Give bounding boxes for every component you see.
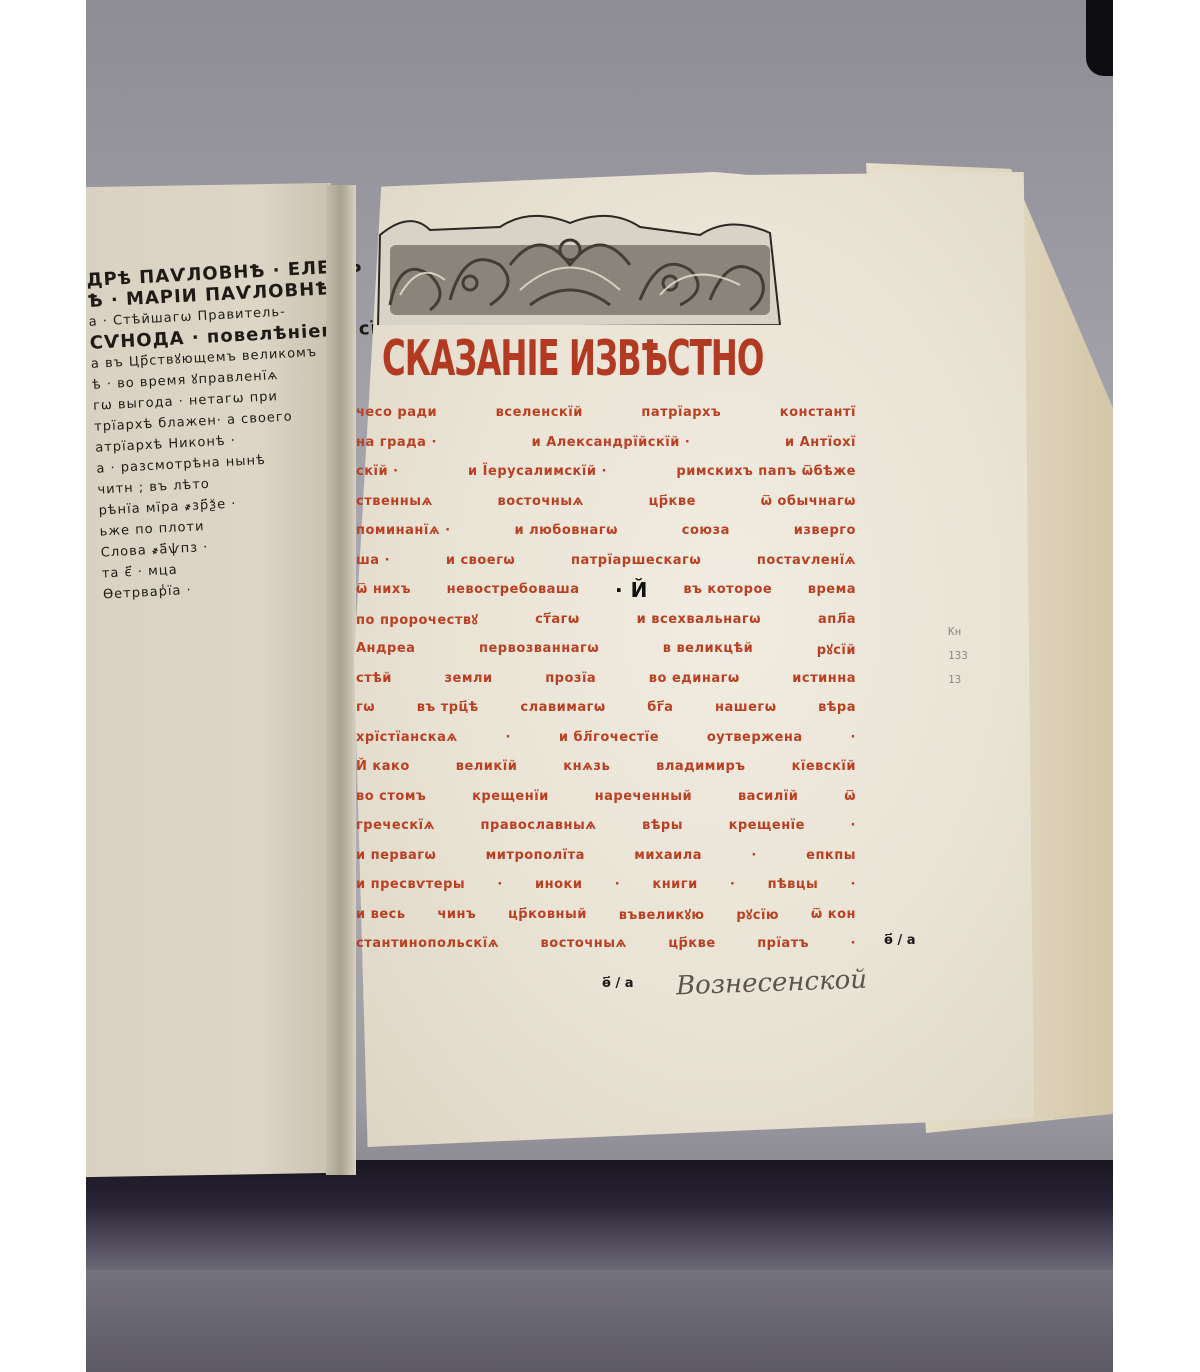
text-line: и первагѡмитрополїтамихаила·епкпы xyxy=(356,841,856,871)
book-gutter xyxy=(326,185,356,1175)
text-line: поминанїѧ ·и любовнагѡсоюзаизверго xyxy=(356,516,856,546)
page-title: СКАЗАНІЕ ИЗВѢСТНО xyxy=(382,332,782,387)
text-line: стѣйземлипрозїаво единагѡистинна xyxy=(356,664,856,694)
ornamental-headpiece-icon xyxy=(370,205,790,325)
red-body-text: чесо радивселенскїйпатрїархъконстантї на… xyxy=(356,398,856,959)
text-line: во стомъкрещенїинареченныйвасилїйѿ xyxy=(356,782,856,812)
book-binding xyxy=(86,1160,1113,1270)
faded-stamp: Кн 133 13 xyxy=(948,620,968,692)
text-line: греческїѧправославныѧвѣрыкрещенїе· xyxy=(356,811,856,841)
text-line: чесо радивселенскїйпатрїархъконстантї xyxy=(356,398,856,428)
text-line: на града ·и Александрїйскїй ·и Антїохї xyxy=(356,428,856,458)
text-line: по пророчествꙋст҃агѡи всехвальнагѡапл҃а xyxy=(356,605,856,635)
text-line: ственныѧвосточныѧцр҃квеѿ обычнагѡ xyxy=(356,487,856,517)
page-signature-mark: ѳ҃ / а xyxy=(884,935,916,947)
text-line: Й каковеликїйкнѧзьвладимиръкїевскїй xyxy=(356,752,856,782)
text-line: скїй ·и Їерусалимскїй ·римскихъ папъ ѿбѣ… xyxy=(356,457,856,487)
text-line: гѡвъ трц҃ѣславимагѡбг҃анашегѡвѣра xyxy=(356,693,856,723)
dark-object-corner xyxy=(1086,0,1113,76)
text-line: Андреапервозваннагѡв великцѣйрꙋсїй xyxy=(356,634,856,664)
text-line: и весьчинъцр҃ковныйвъвеликꙋюрꙋсїюѿ кон xyxy=(356,900,856,930)
text-line: ша ·и своегѡпатрїаршескагѡпостаѵленїѧ xyxy=(356,546,856,576)
page-signature-mark: ѳ҃ / а xyxy=(602,978,634,990)
black-initial: · Й xyxy=(615,578,648,602)
left-page-text: ДРѣ ПАѴЛОВНѢ · ЕЛЕНѢ Ѣ · МАРІИ ПАѴЛОВНѢ … xyxy=(86,258,333,606)
text-line: хрїстїанскаѧ·и бл҃гочестїеоутвержена· xyxy=(356,723,856,753)
text-line: и пресвѵтеры·иноки·книги·пѣвцы· xyxy=(356,870,856,900)
book-photograph: ДРѣ ПАѴЛОВНѢ · ЕЛЕНѢ Ѣ · МАРІИ ПАѴЛОВНѢ … xyxy=(86,0,1113,1372)
text-line: ѿ нихъневостребоваша· Йвъ котороеврема xyxy=(356,575,856,605)
text-line: стантинопольскїѧвосточныѧцр҃квепрїатъ· xyxy=(356,929,856,959)
